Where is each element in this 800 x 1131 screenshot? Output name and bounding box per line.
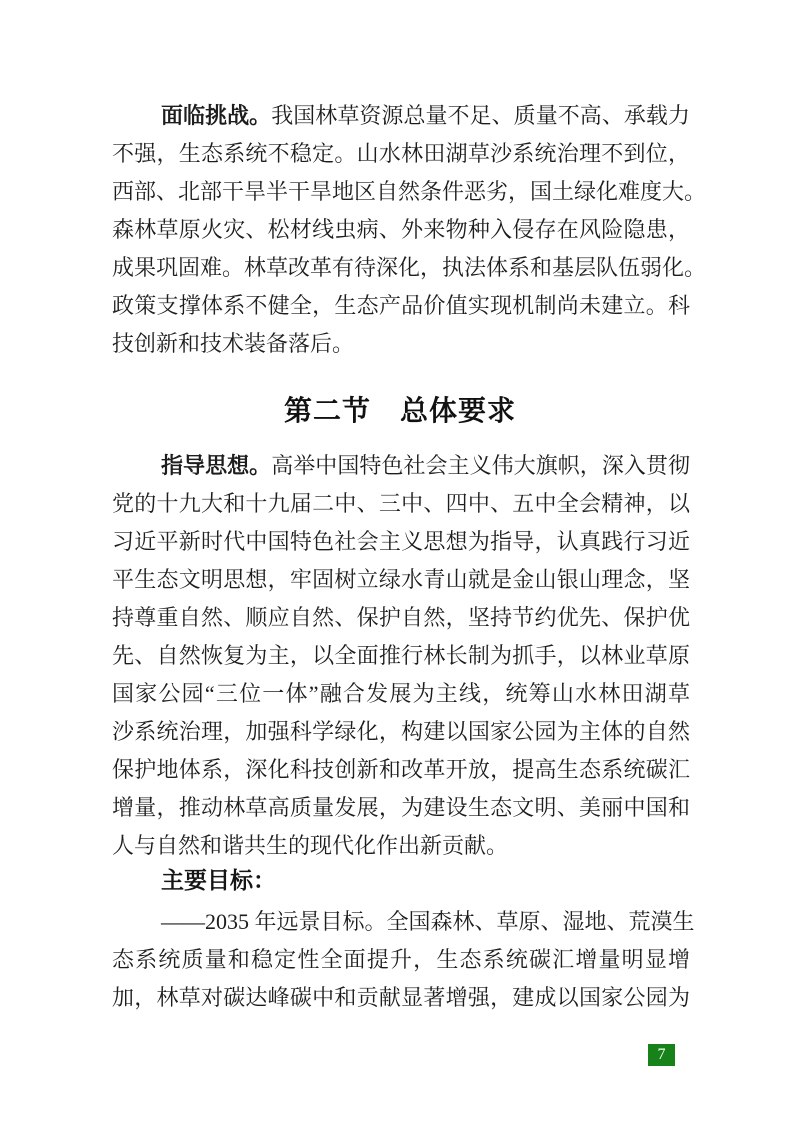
text-line: 国家公园“三位一体”融合发展为主线，统筹山水林田湖草 (112, 675, 690, 713)
text-line: 加，林草对碳达峰碳中和贡献显著增强，建成以国家公园为 (112, 979, 690, 1017)
text-line: 态系统质量和稳定性全面提升，生态系统碳汇增量明显增 (112, 941, 690, 979)
paragraph-text: 我国林草资源总量不足、质量不高、承载力 (271, 103, 690, 128)
paragraph-guiding-ideology: 指导思想。高举中国特色社会主义伟大旗帜，深入贯彻 党的十九大和十九届二中、三中、… (112, 447, 690, 865)
paragraph-text: 高举中国特色社会主义伟大旗帜，深入贯彻 (271, 453, 690, 478)
text-line: ——2035 年远景目标。全国森林、草原、湿地、荒漠生 (112, 903, 690, 941)
text-line: 不强，生态系统不稳定。山水林田湖草沙系统治理不到位， (112, 135, 690, 173)
page-number-badge: 7 (648, 1044, 675, 1066)
text-line: 指导思想。高举中国特色社会主义伟大旗帜，深入贯彻 (112, 447, 690, 485)
text-line: 持尊重自然、顺应自然、保护自然，坚持节约优先、保护优 (112, 599, 690, 637)
paragraph-challenges: 面临挑战。我国林草资源总量不足、质量不高、承载力 不强，生态系统不稳定。山水林田… (112, 97, 690, 363)
section-heading: 第二节 总体要求 (0, 391, 800, 431)
text-line: 政策支撑体系不健全，生态产品价值实现机制尚未建立。科 (112, 287, 690, 325)
paragraph-lead-bold: 指导思想。 (161, 453, 271, 478)
text-line: 面临挑战。我国林草资源总量不足、质量不高、承载力 (112, 97, 690, 135)
text-line: 森林草原火灾、松材线虫病、外来物种入侵存在风险隐患， (112, 211, 690, 249)
text-line: 平生态文明思想，牢固树立绿水青山就是金山银山理念，坚 (112, 561, 690, 599)
text-line: 技创新和技术装备落后。 (112, 325, 690, 363)
paragraph-lead-bold: 面临挑战。 (161, 103, 271, 128)
text-line: 先、自然恢复为主，以全面推行林长制为抓手，以林业草原 (112, 637, 690, 675)
paragraph-2035-vision: ——2035 年远景目标。全国森林、草原、湿地、荒漠生 态系统质量和稳定性全面提… (112, 903, 690, 1017)
text-line: 党的十九大和十九届二中、三中、四中、五中全会精神，以 (112, 485, 690, 523)
text-line: 习近平新时代中国特色社会主义思想为指导，认真践行习近 (112, 523, 690, 561)
document-page: 面临挑战。我国林草资源总量不足、质量不高、承载力 不强，生态系统不稳定。山水林田… (0, 0, 800, 1131)
text-line: 成果巩固难。林草改革有待深化，执法体系和基层队伍弱化。 (112, 249, 690, 287)
text-line: 西部、北部干旱半干旱地区自然条件恶劣，国土绿化难度大。 (112, 173, 690, 211)
text-line: 沙系统治理，加强科学绿化，构建以国家公园为主体的自然 (112, 713, 690, 751)
text-line: 保护地体系，深化科技创新和改革开放，提高生态系统碳汇 (112, 751, 690, 789)
text-line: 增量，推动林草高质量发展，为建设生态文明、美丽中国和 (112, 789, 690, 827)
main-goals-label: 主要目标： (161, 862, 276, 900)
text-line: 人与自然和谐共生的现代化作出新贡献。 (112, 827, 690, 865)
